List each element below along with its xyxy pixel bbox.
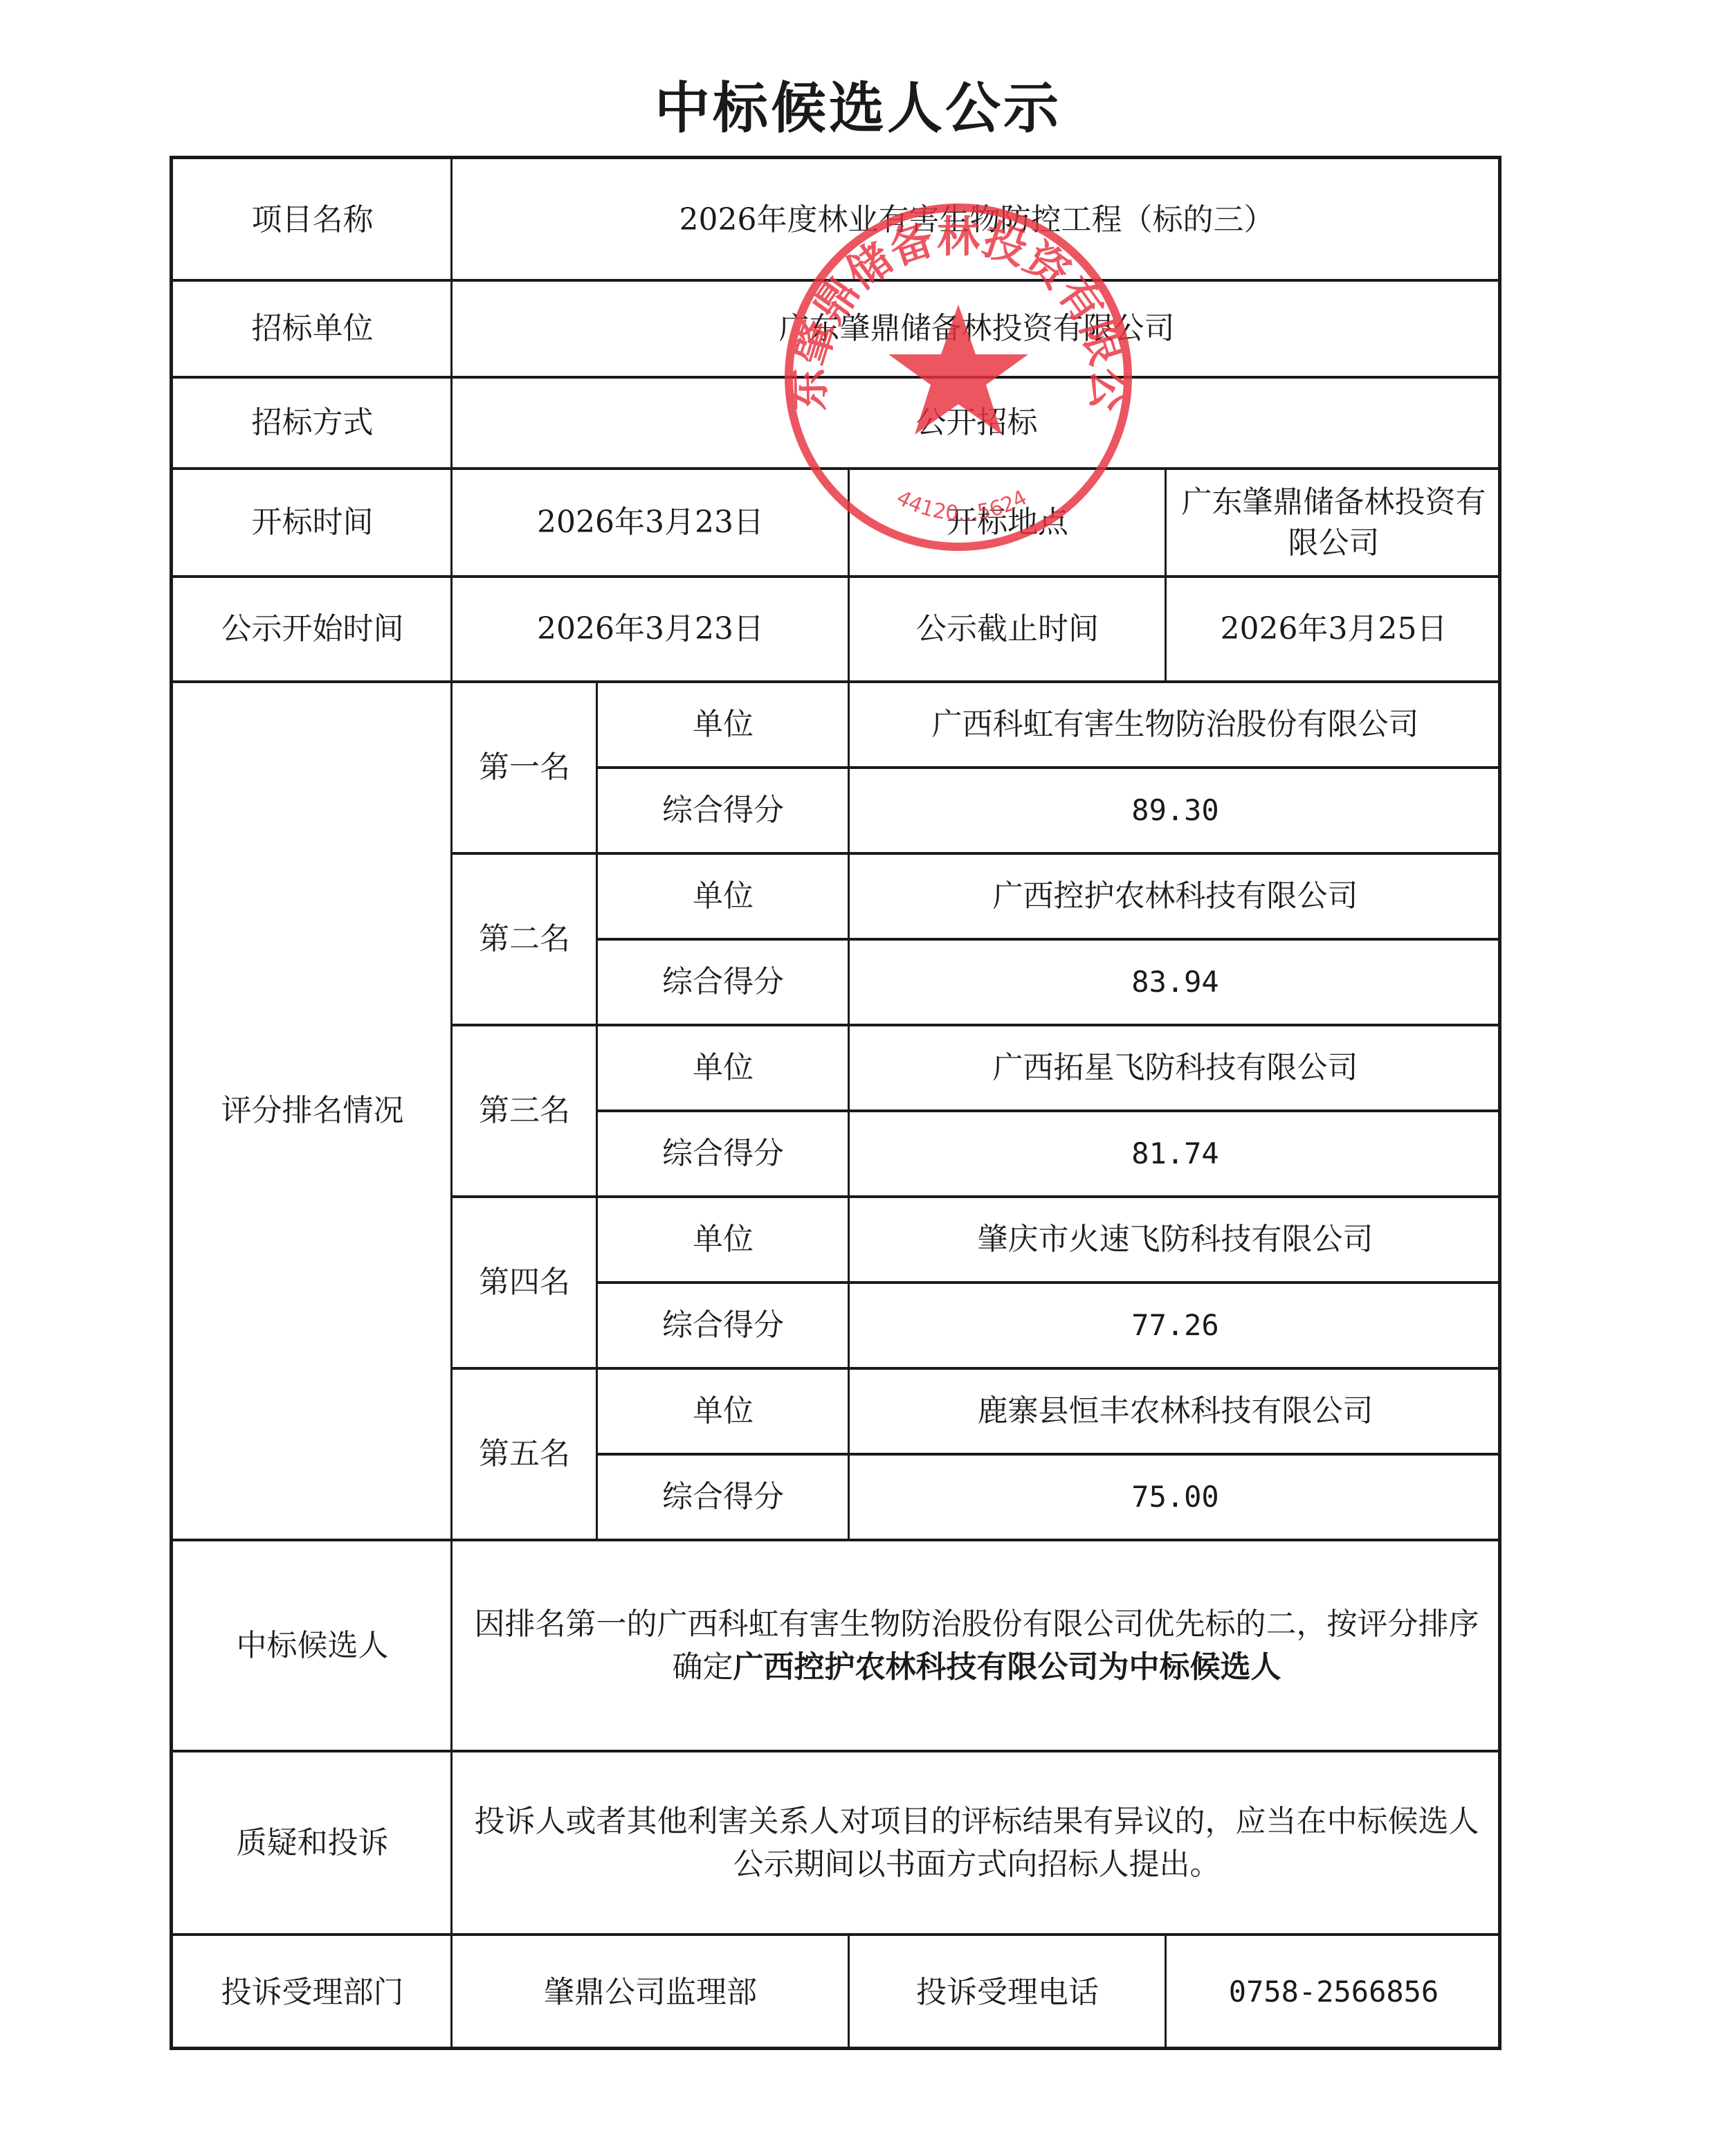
rank-5-score: 75.00: [849, 1454, 1501, 1540]
label-publicity-end: 公示截止时间: [849, 577, 1166, 682]
value-complaint: 投诉人或者其他利害关系人对项目的评标结果有异议的，应当在中标候选人公示期间以书面…: [452, 1751, 1501, 1935]
rank-4-score: 77.26: [849, 1283, 1501, 1368]
sub-row-divider: [597, 1453, 1501, 1456]
col-divider: [1165, 1935, 1167, 2050]
sub-row-divider: [597, 938, 1501, 941]
col-divider: [450, 159, 453, 2050]
label-complaint-phone: 投诉受理电话: [849, 1935, 1166, 2050]
rank-4-label: 第四名: [452, 1197, 597, 1368]
rank-5-unit: 鹿寨县恒丰农林科技有限公司: [849, 1368, 1501, 1454]
value-tenderer: 广东肇鼎储备林投资有限公司: [452, 280, 1501, 377]
value-complaint-phone: 0758-2566856: [1166, 1935, 1501, 2050]
rank-1-unit-label: 单位: [597, 682, 849, 768]
rank-3-score-label: 综合得分: [597, 1111, 849, 1197]
value-opening-place: 广东肇鼎储备林投资有限公司: [1166, 469, 1501, 577]
rank-5-score-label: 综合得分: [597, 1454, 849, 1540]
rank-4-score-label: 综合得分: [597, 1283, 849, 1368]
rank-2-unit: 广西控护农林科技有限公司: [849, 853, 1501, 939]
sub-row-divider: [597, 1109, 1501, 1112]
value-method: 公开招标: [452, 377, 1501, 469]
col-divider: [596, 682, 598, 1540]
col-divider: [848, 467, 850, 682]
rank-5-label: 第五名: [452, 1368, 597, 1540]
value-project-name: 2026年度林业有害生物防控工程（标的三）: [452, 159, 1501, 280]
rank-2-unit-label: 单位: [597, 853, 849, 939]
rank-1-score: 89.30: [849, 768, 1501, 853]
label-complaint-dept: 投诉受理部门: [173, 1935, 452, 2050]
label-ranking: 评分排名情况: [173, 682, 452, 1540]
label-project-name: 项目名称: [173, 159, 452, 280]
rank-3-unit-label: 单位: [597, 1025, 849, 1111]
sub-row-divider: [597, 1281, 1501, 1284]
value-publicity-end: 2026年3月25日: [1166, 577, 1501, 682]
page-title: 中标候选人公示: [0, 64, 1716, 143]
announcement-table: 项目名称 2026年度林业有害生物防控工程（标的三） 招标单位 广东肇鼎储备林投…: [170, 156, 1501, 2050]
candidate-winner-text: 广西控护农林科技有限公司为中标候选人: [733, 1649, 1281, 1685]
rank-1-unit: 广西科虹有害生物防治股份有限公司: [849, 682, 1501, 768]
rank-2-score: 83.94: [849, 939, 1501, 1025]
rank-3-unit: 广西拓星飞防科技有限公司: [849, 1025, 1501, 1111]
rank-2-label: 第二名: [452, 853, 597, 1025]
label-opening-place: 开标地点: [849, 469, 1166, 577]
label-method: 招标方式: [173, 377, 452, 469]
value-publicity-start: 2026年3月23日: [452, 577, 849, 682]
label-opening-time: 开标时间: [173, 469, 452, 577]
label-publicity-start: 公示开始时间: [173, 577, 452, 682]
rank-4-unit: 肇庆市火速飞防科技有限公司: [849, 1197, 1501, 1283]
label-complaint: 质疑和投诉: [173, 1751, 452, 1935]
value-opening-time: 2026年3月23日: [452, 469, 849, 577]
sub-row-divider: [597, 766, 1501, 769]
rank-1-label: 第一名: [452, 682, 597, 853]
value-candidate: 因排名第一的广西科虹有害生物防治股份有限公司优先标的二，按评分排序确定广西控护农…: [452, 1540, 1501, 1751]
rank-2-score-label: 综合得分: [597, 939, 849, 1025]
rank-1-score-label: 综合得分: [597, 768, 849, 853]
rank-4-unit-label: 单位: [597, 1197, 849, 1283]
rank-5-unit-label: 单位: [597, 1368, 849, 1454]
rank-3-label: 第三名: [452, 1025, 597, 1197]
rank-3-score: 81.74: [849, 1111, 1501, 1197]
label-candidate: 中标候选人: [173, 1540, 452, 1751]
value-complaint-dept: 肇鼎公司监理部: [452, 1935, 849, 2050]
col-divider: [848, 1935, 850, 2050]
col-divider: [1165, 467, 1167, 682]
col-divider: [848, 682, 850, 1540]
label-tenderer: 招标单位: [173, 280, 452, 377]
